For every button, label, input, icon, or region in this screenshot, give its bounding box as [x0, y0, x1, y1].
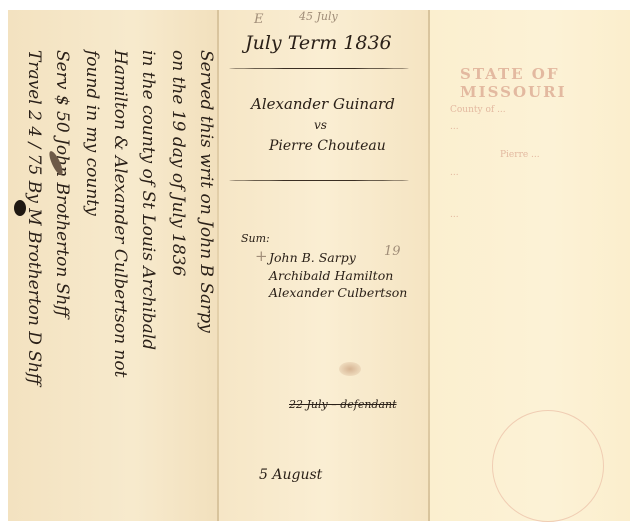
return-line-1: Served this writ on John B Sarpy [196, 50, 216, 333]
return-line-3: in the county of St Louis Archibald [138, 50, 158, 350]
pencil-date: 45 July [299, 10, 338, 23]
witness-3: Alexander Culbertson [269, 285, 407, 300]
faint-line-2: ... [450, 122, 459, 132]
left-panel-sheriff-return: Served this writ on John B Sarpy on the … [8, 10, 218, 521]
final-date: 5 August [259, 467, 322, 483]
vertical-text-block: Served this writ on John B Sarpy on the … [8, 10, 218, 521]
witness-mark: + [255, 247, 268, 265]
right-panel-bleed-through: STATE OF MISSOURI County of ... ... Pier… [430, 10, 630, 521]
faint-line-4: ... [450, 168, 459, 178]
faint-line-1: County of ... [450, 105, 506, 115]
witness-2: Archibald Hamilton [269, 268, 393, 283]
plaintiff-name: Alexander Guinard [251, 95, 395, 113]
embossed-seal [492, 410, 604, 522]
versus-label: vs [314, 118, 327, 132]
return-line-7: Travel 2 4 / 75 By M Brotherton D Shff [24, 50, 44, 385]
faint-heading: STATE OF MISSOURI [460, 65, 630, 101]
return-line-2: on the 19 day of July 1836 [168, 50, 188, 276]
ink-blot [14, 200, 26, 216]
document-sheet: Served this writ on John B Sarpy on the … [8, 10, 630, 521]
corner-mark: E [254, 12, 264, 27]
faint-line-3: Pierre ... [500, 150, 540, 160]
summons-label: Sum: [241, 232, 270, 245]
return-line-6: Serv $ 50 John Brotherton Shff [52, 50, 72, 317]
witness-1-note: 19 [384, 244, 401, 259]
flourish-rule-top [229, 68, 409, 69]
witness-1: John B. Sarpy [269, 250, 356, 265]
paper-stain [339, 362, 361, 376]
return-line-4: Hamilton & Alexander Culbertson not [110, 50, 130, 377]
term-heading: July Term 1836 [245, 32, 392, 54]
middle-panel-endorsement: E 45 July July Term 1836 Alexander Guina… [219, 10, 429, 521]
return-line-5: found in my county [82, 50, 102, 216]
defendant-name: Pierre Chouteau [269, 138, 386, 154]
flourish-rule-bottom [229, 180, 409, 181]
struck-note: 22 July – defendant [289, 398, 397, 411]
faint-line-5: ... [450, 210, 459, 220]
